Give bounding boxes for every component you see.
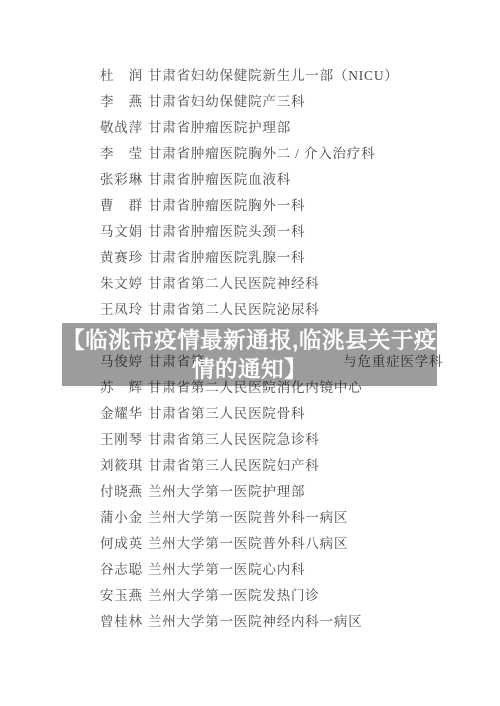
person-name: 李 燕: [100, 89, 143, 115]
person-affiliation: 甘肃省第三人民医院妇产科: [148, 458, 320, 473]
person-name: 张彩琳: [100, 167, 143, 193]
person-affiliation: 甘肃省肿瘤医院胸外二 / 介入治疗科: [148, 146, 375, 161]
person-name: 金耀华: [100, 401, 143, 427]
person-affiliation: 甘肃省第三人民医院骨科: [148, 406, 305, 421]
person-affiliation: 兰州大学第一医院护理部: [148, 484, 305, 499]
list-item: 谷志聪兰州大学第一医院心内科: [100, 557, 500, 583]
person-affiliation: 兰州大学第一医院神经内科一病区: [148, 614, 363, 629]
person-name: 马文娟: [100, 219, 143, 245]
person-name: 杜 润: [100, 63, 143, 89]
list-item: 金耀华甘肃省第三人民医院骨科: [100, 401, 500, 427]
person-name: 何成英: [100, 531, 143, 557]
caption-overlay-line1: 【临洮市疫情最新通报,临洮县关于疫: [62, 326, 437, 355]
list-item: 曹 群甘肃省肿瘤医院胸外一科: [100, 193, 500, 219]
list-item: 朱文婷甘肃省第二人民医院神经科: [100, 271, 500, 297]
person-affiliation: 兰州大学第一医院普外科一病区: [148, 510, 348, 525]
list-item: 李 燕甘肃省妇幼保健院产三科: [100, 89, 500, 115]
person-affiliation: 甘肃省妇幼保健院产三科: [148, 94, 305, 109]
person-name: 敬战萍: [100, 115, 143, 141]
person-name: 蒲小金: [100, 505, 143, 531]
person-affiliation: 甘肃省肿瘤医院头颈一科: [148, 224, 305, 239]
list-item: 敬战萍甘肃省肿瘤医院护理部: [100, 115, 500, 141]
list-item: 黄赛珍甘肃省肿瘤医院乳腺一科: [100, 245, 500, 271]
person-affiliation: 甘肃省肿瘤医院乳腺一科: [148, 250, 305, 265]
list-item: 王刚琴甘肃省第三人民医院急诊科: [100, 427, 500, 453]
caption-overlay-line2: 情的通知】: [62, 355, 437, 384]
list-item: 王凤玲甘肃省第二人民医院泌尿科: [100, 297, 500, 323]
person-name: 李 莹: [100, 141, 143, 167]
person-name: 付晓燕: [100, 479, 143, 505]
list-item: 刘筱琪甘肃省第三人民医院妇产科: [100, 453, 500, 479]
list-item: 马文娟甘肃省肿瘤医院头颈一科: [100, 219, 500, 245]
person-name: 朱文婷: [100, 271, 143, 297]
person-affiliation: 甘肃省妇幼保健院新生儿一部（NICU）: [148, 68, 399, 83]
list-item: 付晓燕兰州大学第一医院护理部: [100, 479, 500, 505]
person-affiliation: 兰州大学第一医院心内科: [148, 562, 305, 577]
person-affiliation: 甘肃省第二人民医院泌尿科: [148, 302, 320, 317]
person-affiliation: 甘肃省第三人民医院急诊科: [148, 432, 320, 447]
person-affiliation: 甘肃省肿瘤医院护理部: [148, 120, 291, 135]
list-item: 张彩琳甘肃省肿瘤医院血液科: [100, 167, 500, 193]
list-item: 何成英兰州大学第一医院普外科八病区: [100, 531, 500, 557]
person-name: 王凤玲: [100, 297, 143, 323]
list-item: 蒲小金兰州大学第一医院普外科一病区: [100, 505, 500, 531]
list-item: 李 莹甘肃省肿瘤医院胸外二 / 介入治疗科: [100, 141, 500, 167]
person-name: 谷志聪: [100, 557, 143, 583]
person-affiliation: 兰州大学第一医院发热门诊: [148, 588, 320, 603]
document-page: 杜 润甘肃省妇幼保健院新生儿一部（NICU） 李 燕甘肃省妇幼保健院产三科 敬战…: [0, 0, 500, 706]
person-name: 刘筱琪: [100, 453, 143, 479]
person-affiliation: 甘肃省第二人民医院神经科: [148, 276, 320, 291]
list-item: 曾桂林兰州大学第一医院神经内科一病区: [100, 609, 500, 635]
person-affiliation: 兰州大学第一医院普外科八病区: [148, 536, 348, 551]
person-name: 黄赛珍: [100, 245, 143, 271]
caption-overlay: 【临洮市疫情最新通报,临洮县关于疫 情的通知】: [62, 323, 437, 386]
person-name: 曹 群: [100, 193, 143, 219]
person-name: 曾桂林: [100, 609, 143, 635]
person-affiliation: 甘肃省肿瘤医院胸外一科: [148, 198, 305, 213]
list-item: 安玉燕兰州大学第一医院发热门诊: [100, 583, 500, 609]
person-name: 安玉燕: [100, 583, 143, 609]
list-item: 杜 润甘肃省妇幼保健院新生儿一部（NICU）: [100, 63, 500, 89]
person-name: 王刚琴: [100, 427, 143, 453]
person-affiliation: 甘肃省肿瘤医院血液科: [148, 172, 291, 187]
